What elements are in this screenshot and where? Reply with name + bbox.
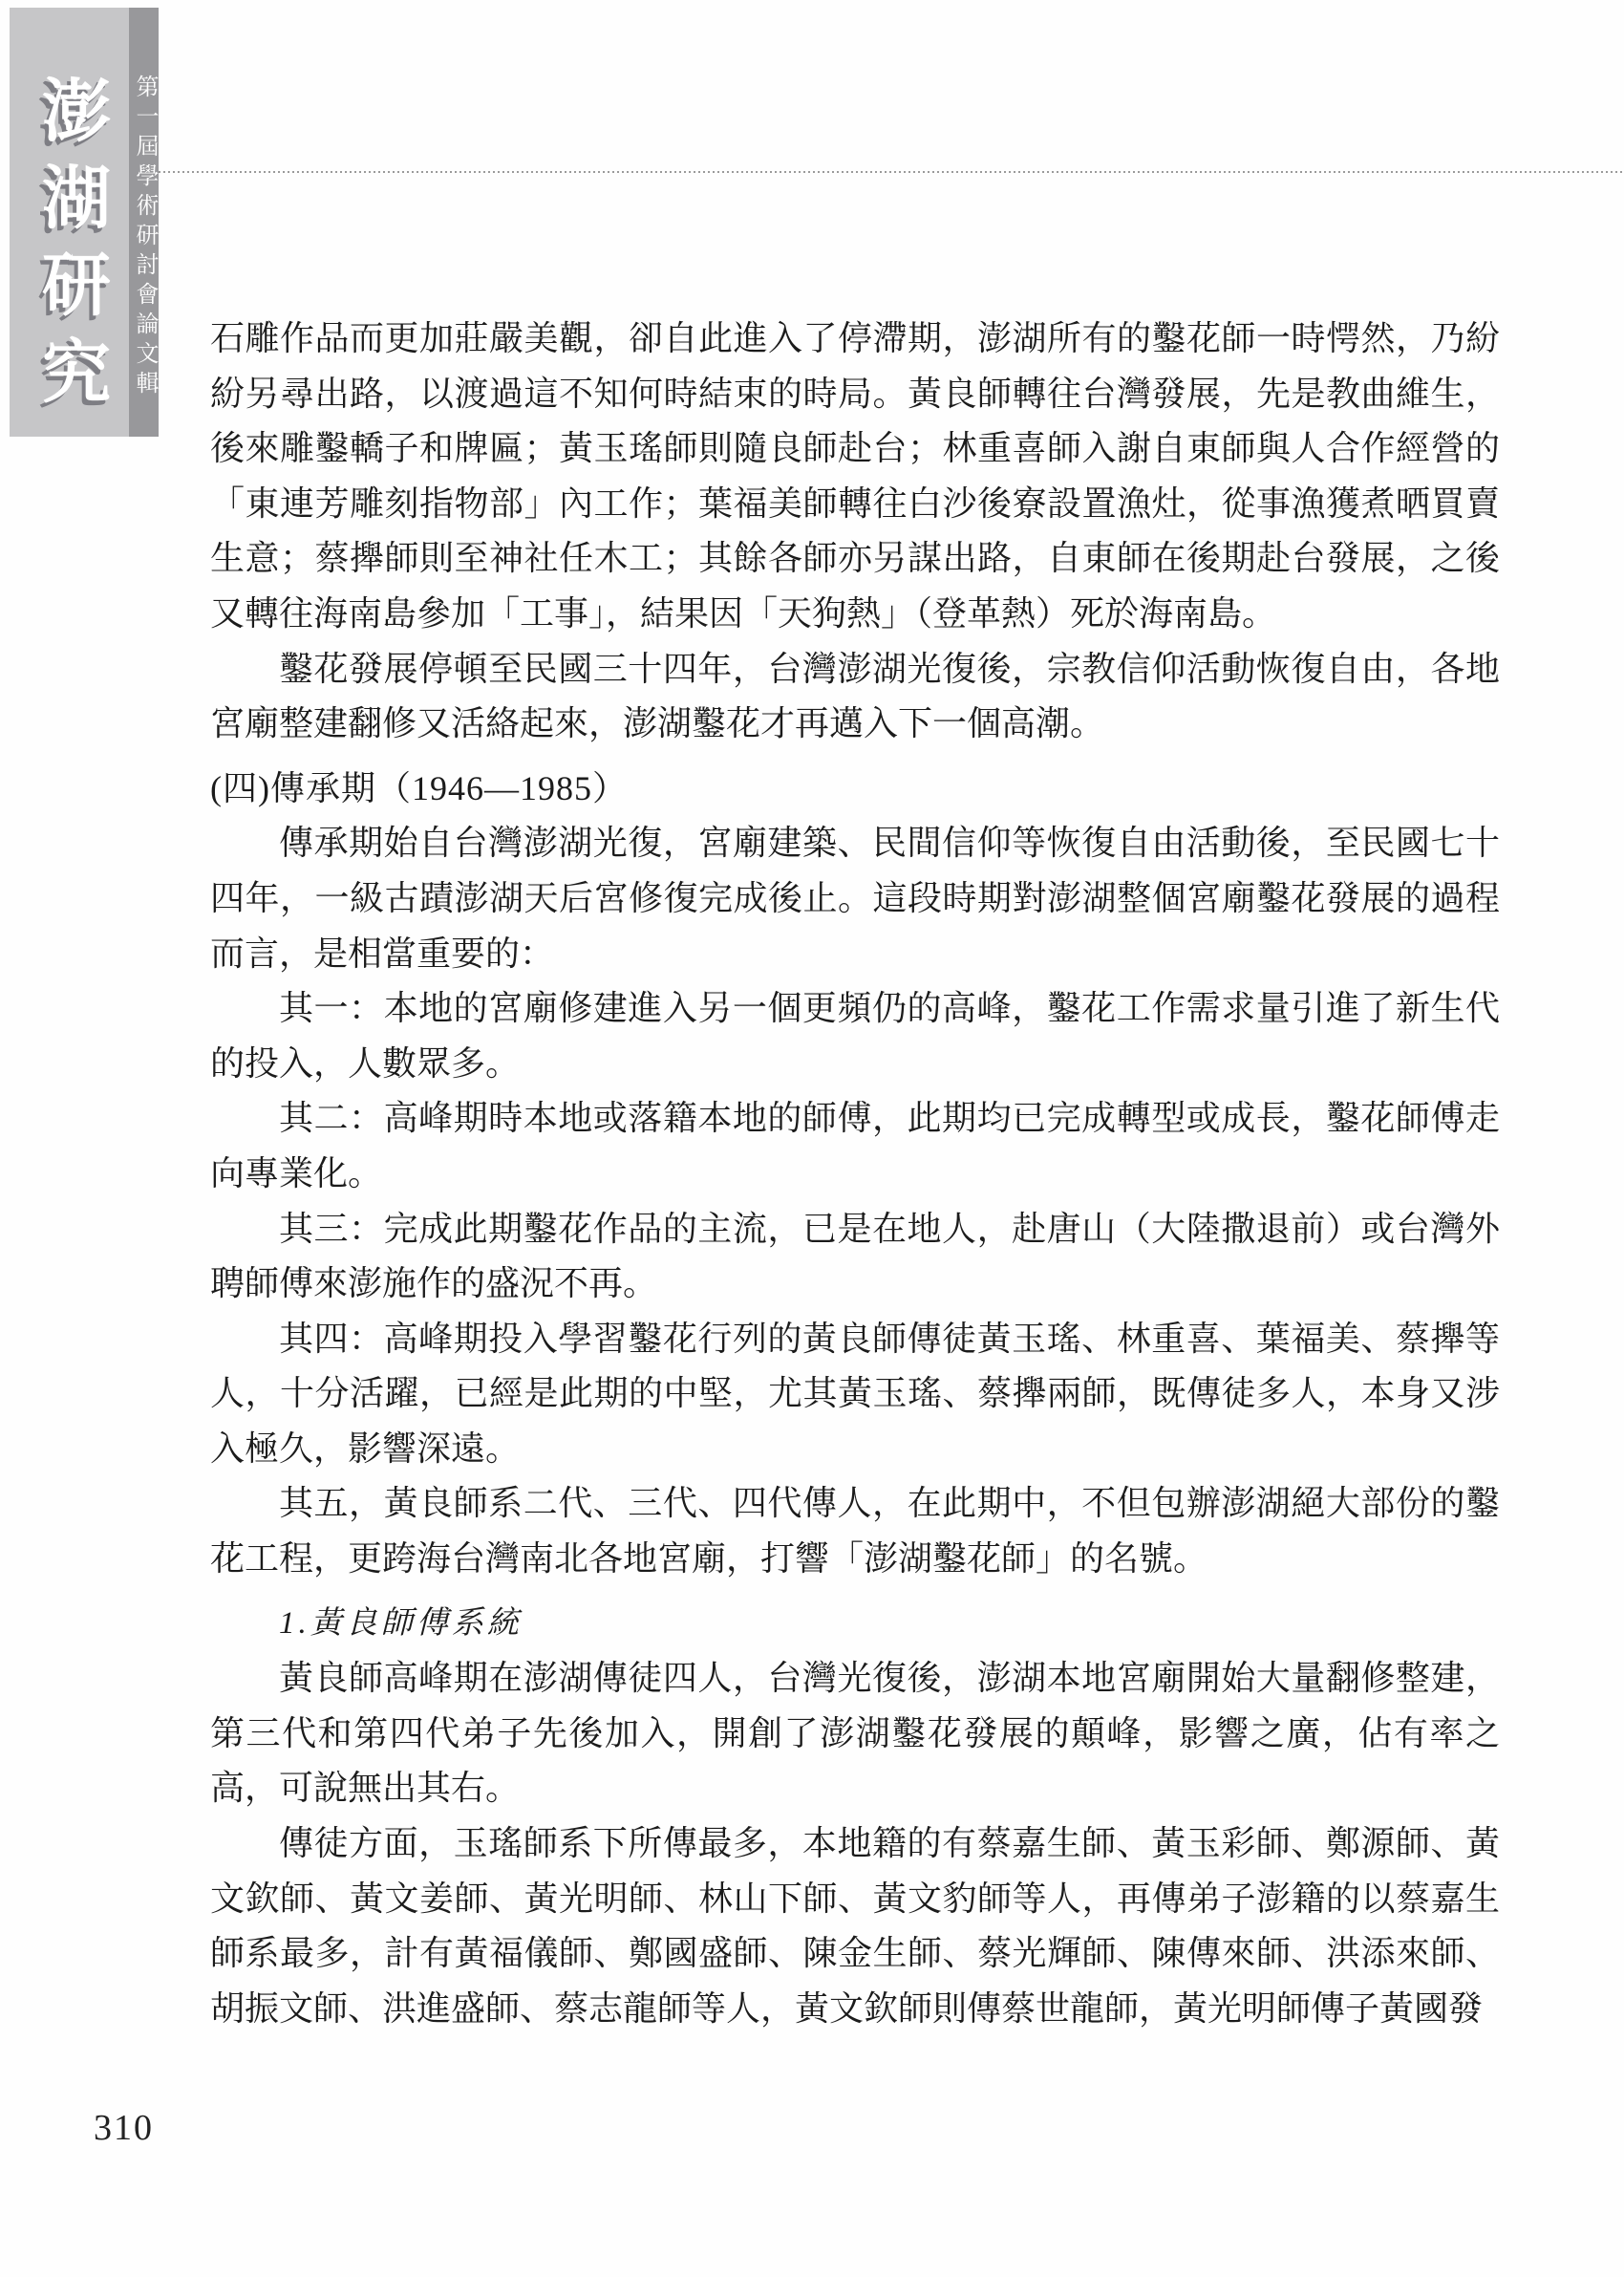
paragraph: 其二：高峰期時本地或落籍本地的師傅，此期均已完成轉型或成長，鑿花師傅走向專業化。 — [210, 1091, 1500, 1201]
sidebar-main-title-box: 澎湖研究 — [10, 8, 129, 437]
paragraph: 傳徒方面，玉瑤師系下所傳最多，本地籍的有蔡嘉生師、黃玉彩師、鄭源師、黃文欽師、黃… — [210, 1816, 1500, 2036]
sub-heading: 1.黃良師傅系統 — [279, 1597, 1500, 1652]
sidebar-series-title: 第一屆學術研討會論文輯 — [129, 8, 159, 437]
paragraph: 傳承期始自台灣澎湖光復，宮廟建築、民間信仰等恢復自由活動後，至民國七十四年，一級… — [210, 816, 1500, 981]
paragraph: 黃良師高峰期在澎湖傳徒四人，台灣光復後，澎湖本地宮廟開始大量翻修整建，第三代和第… — [210, 1651, 1500, 1816]
paragraph: 石雕作品而更加莊嚴美觀，卻自此進入了停滯期，澎湖所有的鑿花師一時愕然，乃紛紛另尋… — [210, 311, 1500, 642]
sidebar-series-title-box: 第一屆學術研討會論文輯 — [129, 8, 159, 437]
paragraph: 其五，黃良師系二代、三代、四代傳人，在此期中，不但包辦澎湖絕大部份的鑿花工程，更… — [210, 1476, 1500, 1586]
paragraph: 鑿花發展停頓至民國三十四年，台灣澎湖光復後，宗教信仰活動恢復自由，各地宮廟整建翻… — [210, 642, 1500, 752]
section-heading: (四)傳承期（1946—1985） — [210, 762, 1500, 817]
dotted-rule — [159, 171, 1624, 173]
paragraph: 其一：本地的宮廟修建進入另一個更頻仍的高峰，鑿花工作需求量引進了新生代的投入，人… — [210, 981, 1500, 1091]
sidebar-main-title: 澎湖研究 — [10, 8, 129, 437]
paragraph: 其四：高峰期投入學習鑿花行列的黃良師傳徒黃玉瑤、林重喜、葉福美、蔡攑等人，十分活… — [210, 1312, 1500, 1477]
paragraph: 其三：完成此期鑿花作品的主流，已是在地人，赴唐山（大陸撒退前）或台灣外聘師傅來澎… — [210, 1202, 1500, 1312]
page-number: 310 — [94, 2107, 154, 2149]
document-body: 石雕作品而更加莊嚴美觀，卻自此進入了停滯期，澎湖所有的鑿花師一時愕然，乃紛紛另尋… — [210, 311, 1500, 2036]
